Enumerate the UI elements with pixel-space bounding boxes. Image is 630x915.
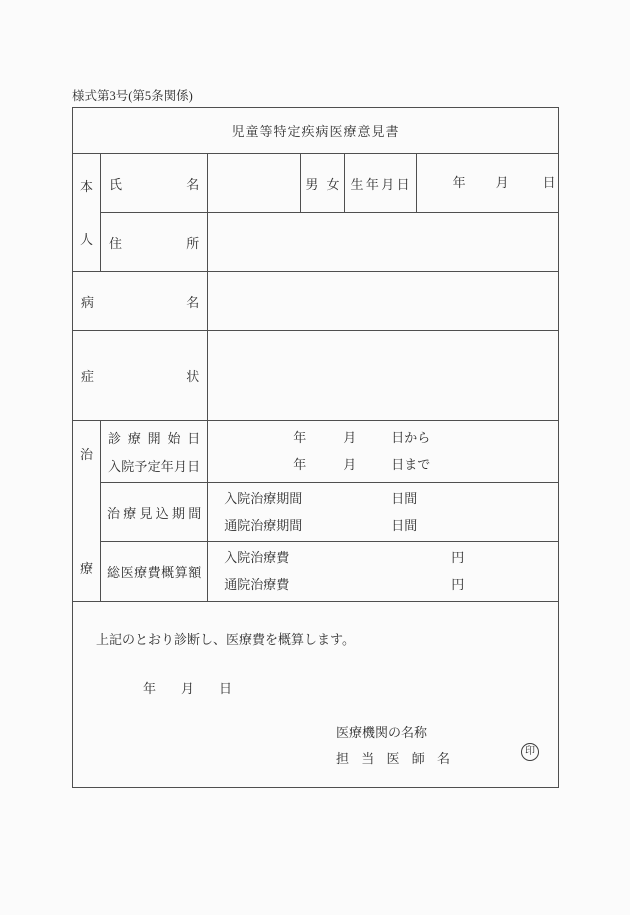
treatment-from-line: 年 月 日から: [208, 431, 558, 445]
outpatient-cost-label: 通院治療費: [224, 578, 289, 592]
inpatient-cost-label: 入院治療費: [224, 551, 289, 565]
from-month-label: 月: [343, 431, 356, 445]
to-month-label: 月: [343, 458, 356, 472]
person-group-cell: 本人: [73, 154, 101, 272]
treatment-dates-label-cell: 診療開始日 入院予定年月日: [101, 421, 208, 483]
cost-label-cell: 総医療費概算額: [101, 542, 208, 602]
sex-label: 男 女: [301, 174, 343, 193]
diagnosis-statement: 上記のとおり診断し、医療費を概算します。: [96, 629, 355, 648]
doctor-name-label: 担当医師名: [336, 748, 450, 767]
name-label: 氏名: [101, 174, 207, 193]
symptoms-value-cell: [208, 331, 559, 421]
birth-day-label: 日: [543, 176, 556, 190]
period-value-cell: 入院治療期間 日間 通院治療期間 日間: [208, 482, 559, 542]
outpatient-cost-line: 通院治療費 円: [208, 578, 558, 592]
birth-label-cell: 生年月日: [344, 154, 416, 213]
treatment-start-label: 診療開始日: [101, 428, 207, 447]
medical-opinion-form-table: 児童等特定疾病医療意見書 本人 氏名 男 女 生年月日 年 月 日: [72, 107, 559, 788]
cost-label: 総医療費概算額: [101, 562, 207, 581]
to-day-label: 日まで: [391, 458, 430, 472]
inpatient-cost-line: 入院治療費 円: [208, 551, 558, 565]
treatment-group-cell: 治療: [73, 421, 101, 602]
from-day-label: 日から: [391, 431, 430, 445]
seal-mark: 印: [521, 743, 539, 761]
birth-label: 生年月日: [345, 174, 416, 193]
inpatient-period-line: 入院治療期間 日間: [208, 492, 558, 506]
form-sheet: 様式第3号(第5条関係) 児童等特定疾病医療意見書 本人 氏名 男 女 生年月日: [0, 0, 630, 915]
disease-label: 病名: [73, 292, 207, 311]
inpatient-period-unit: 日間: [391, 492, 417, 506]
inpatient-period-label: 入院治療期間: [224, 492, 302, 506]
from-year-label: 年: [293, 431, 306, 445]
footer-year-label: 年: [143, 678, 156, 697]
outpatient-cost-unit: 円: [451, 578, 464, 592]
disease-label-cell: 病名: [73, 272, 208, 331]
birth-year-label: 年: [453, 176, 466, 190]
institution-label: 医療機関の名称: [336, 722, 427, 741]
footer-day-label: 日: [219, 678, 232, 697]
treatment-to-line: 年 月 日まで: [208, 458, 558, 472]
footer-month-label: 月: [181, 678, 194, 697]
admission-date-label: 入院予定年月日: [101, 456, 207, 475]
symptoms-label-cell: 症状: [73, 331, 208, 421]
birth-value-cell: 年 月 日: [416, 154, 558, 213]
treatment-dates-value-cell: 年 月 日から 年 月 日まで: [208, 421, 559, 483]
form-title: 児童等特定疾病医療意見書: [73, 108, 559, 154]
sex-label-cell: 男 女: [301, 154, 344, 213]
footer-cell: 上記のとおり診断し、医療費を概算します。 年 月 日 医療機関の名称 担当医師名…: [73, 602, 559, 788]
name-label-cell: 氏名: [101, 154, 208, 213]
person-group-label: 本人: [73, 154, 100, 271]
form-number: 様式第3号(第5条関係): [72, 86, 193, 104]
birth-month-label: 月: [496, 176, 509, 190]
outpatient-period-label: 通院治療期間: [224, 519, 302, 533]
address-label-cell: 住所: [101, 213, 208, 272]
inpatient-cost-unit: 円: [451, 551, 464, 565]
cost-value-cell: 入院治療費 円 通院治療費 円: [208, 542, 559, 602]
period-label-cell: 治療見込期間: [101, 482, 208, 542]
footer-area: 上記のとおり診断し、医療費を概算します。 年 月 日 医療機関の名称 担当医師名…: [73, 602, 558, 787]
period-label: 治療見込期間: [101, 503, 207, 522]
footer-date-line: 年 月 日: [73, 678, 558, 692]
address-label: 住所: [101, 233, 207, 252]
treatment-group-label: 治療: [73, 421, 100, 601]
symptoms-label: 症状: [73, 366, 207, 385]
address-value-cell: [208, 213, 559, 272]
disease-value-cell: [208, 272, 559, 331]
outpatient-period-line: 通院治療期間 日間: [208, 519, 558, 533]
name-value-cell: [208, 154, 301, 213]
outpatient-period-unit: 日間: [391, 519, 417, 533]
to-year-label: 年: [293, 458, 306, 472]
